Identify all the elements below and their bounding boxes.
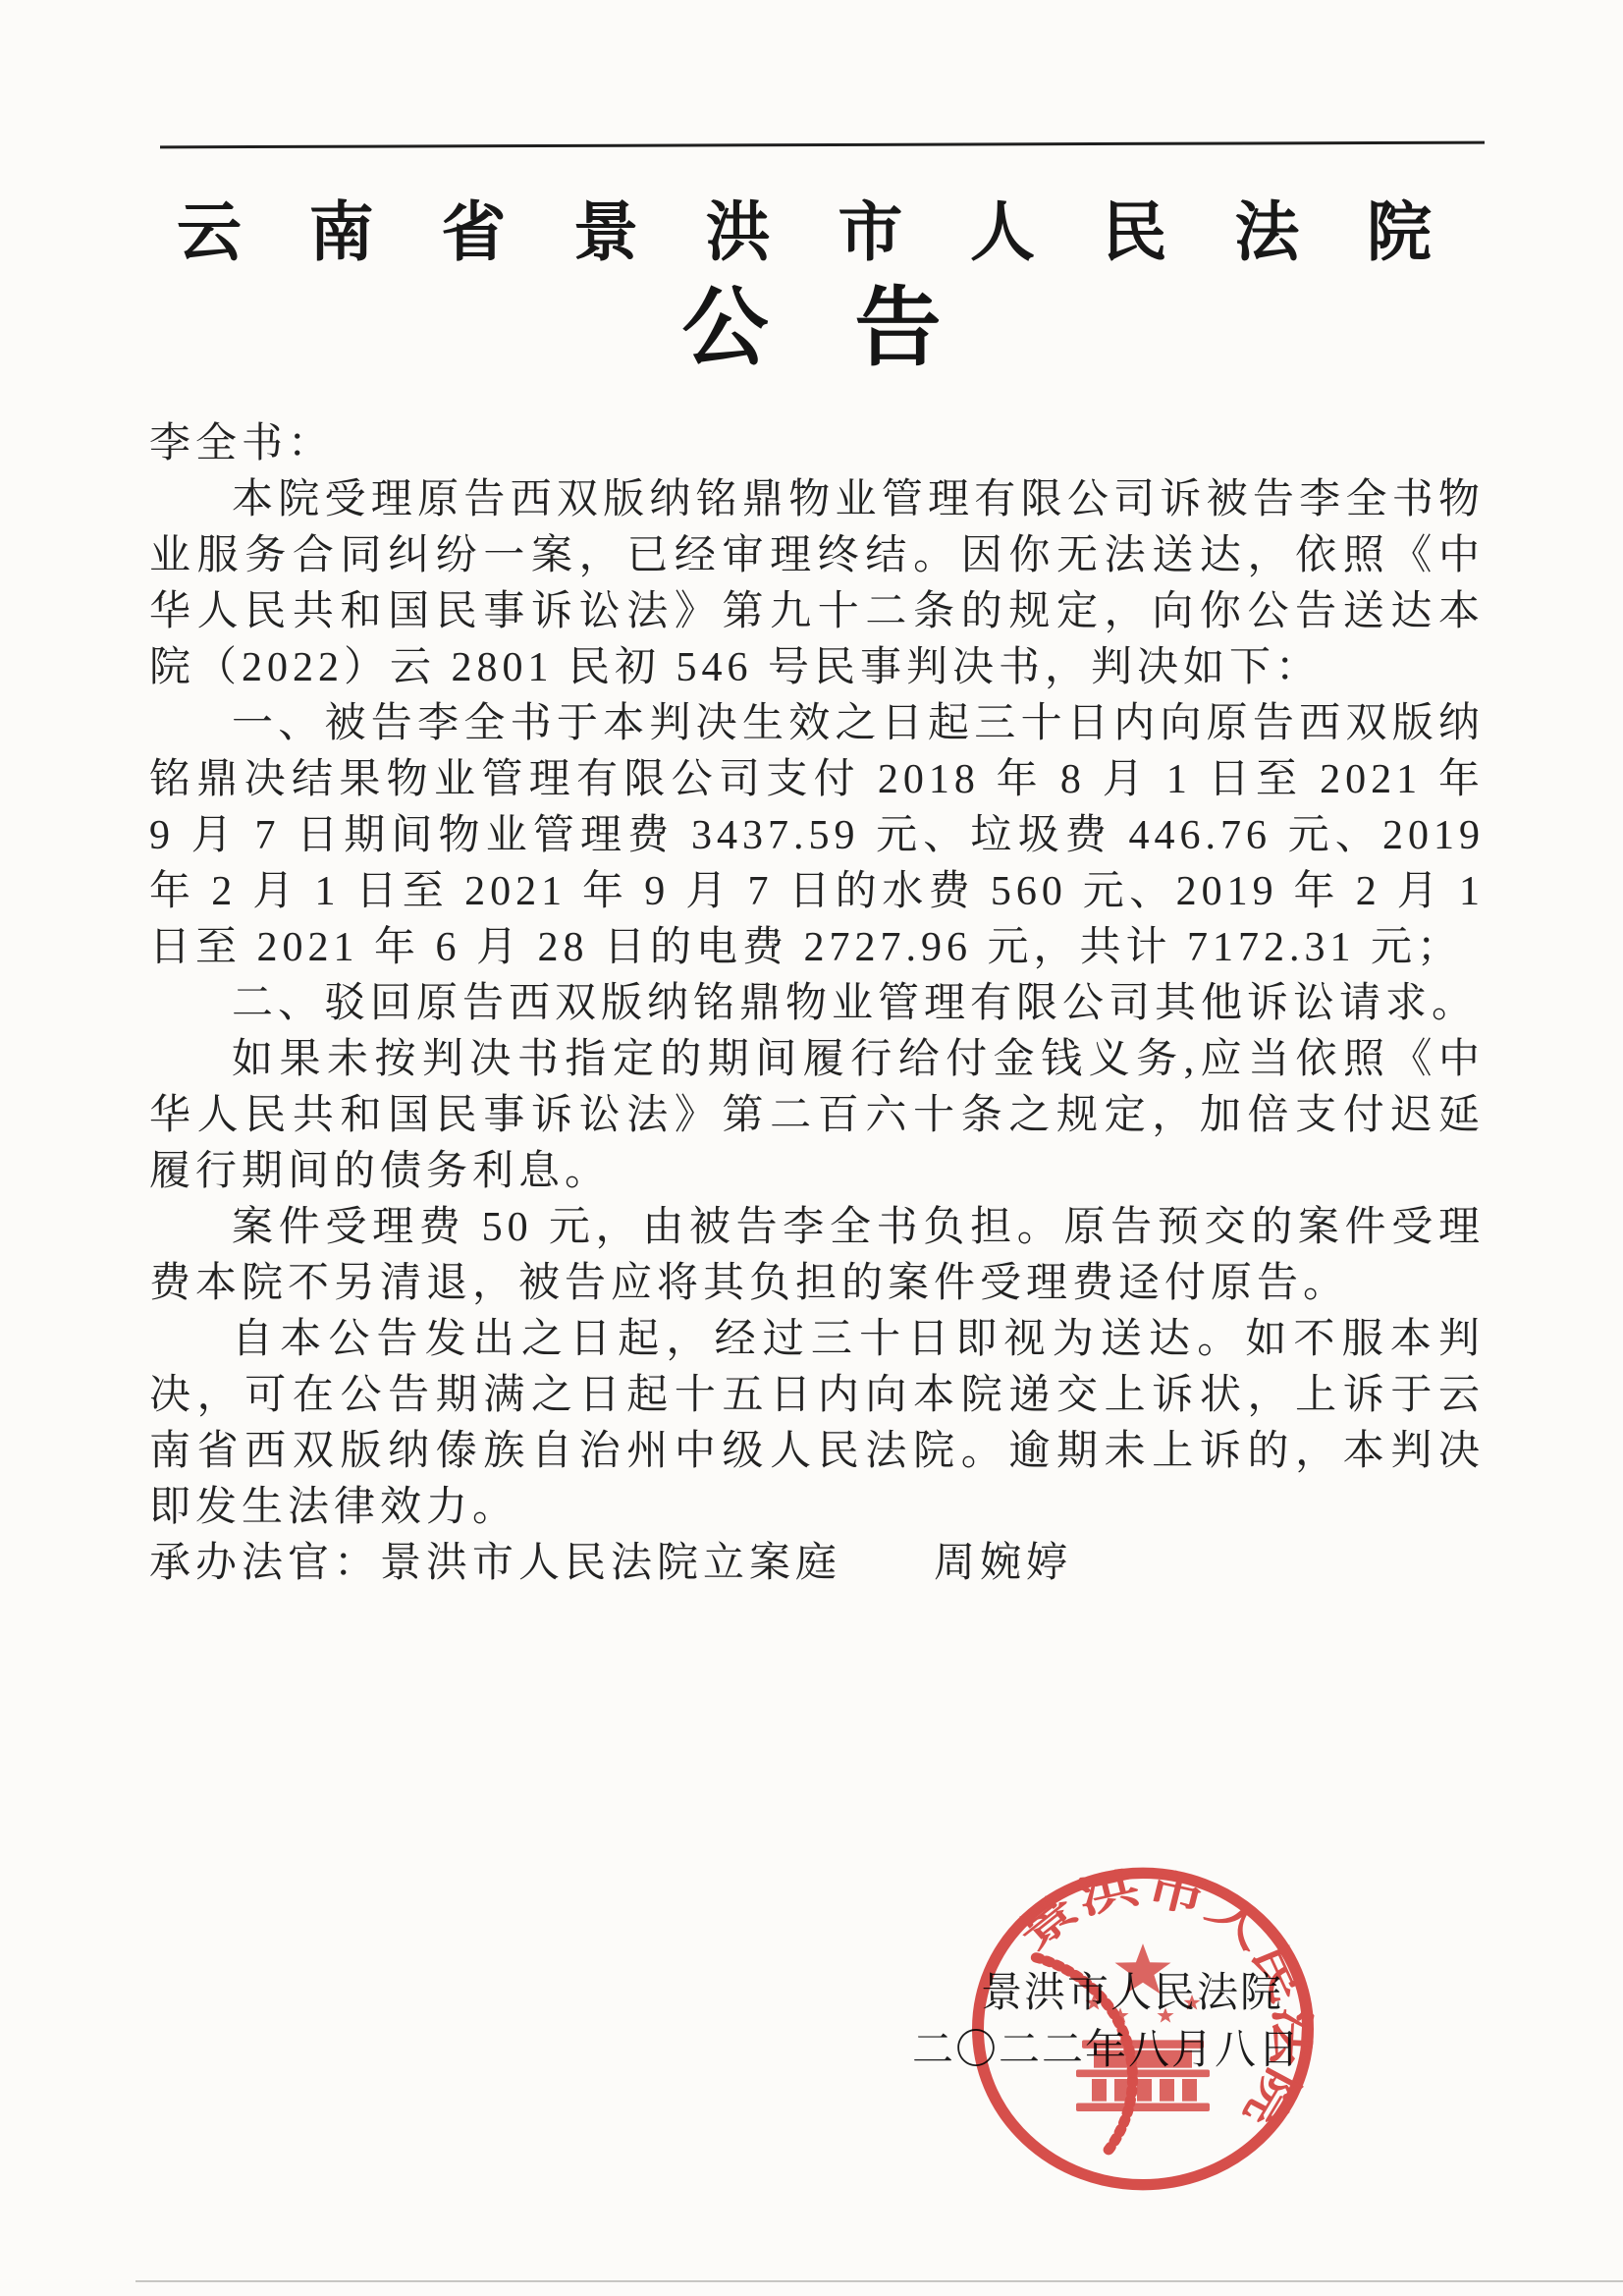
header-rule — [160, 141, 1485, 149]
small-star-icon — [1157, 2007, 1173, 2022]
body-paragraph-2: 一、被告李全书于本判决生效之日起三十日内向原告西双版纳铭鼎决结果物业管理有限公司… — [149, 696, 1485, 976]
gate-icon — [1076, 2040, 1210, 2111]
big-star-icon — [1115, 1943, 1171, 1994]
addressee: 李全书： — [149, 416, 1485, 472]
small-star-icon — [1183, 1995, 1200, 2009]
body-paragraph-4: 如果未按判决书指定的期间履行给付金钱义务,应当依照《中华人民共和国民事诉讼法》第… — [149, 1032, 1485, 1200]
judge-line: 承办法官：景洪市人民法院立案庭 周婉婷 — [149, 1536, 1485, 1592]
body-paragraph-1: 本院受理原告西双版纳铭鼎物业管理有限公司诉被告李全书物业服务合同纠纷一案，已经审… — [149, 472, 1485, 696]
body-paragraph-5: 案件受理费 50 元，由被告李全书负担。原告预交的案件受理费本院不另清退，被告应… — [149, 1200, 1485, 1312]
national-emblem-icon — [1076, 1943, 1210, 2111]
bottom-scan-edge — [135, 2280, 1623, 2282]
body-paragraph-3: 二、驳回原告西双版纳铭鼎物业管理有限公司其他诉讼请求。 — [149, 976, 1485, 1032]
body-paragraph-6: 自本公告发出之日起，经过三十日即视为送达。如不服本判决，可在公告期满之日起十五日… — [149, 1312, 1485, 1536]
announcement-title: 公 告 — [0, 281, 1623, 379]
court-seal: 景洪市人民法院 — [966, 1862, 1320, 2196]
announcement-body: 李全书： 本院受理原告西双版纳铭鼎物业管理有限公司诉被告李全书物业服务合同纠纷一… — [149, 416, 1485, 1592]
document-page: 云南省景洪市人民法院 公 告 李全书： 本院受理原告西双版纳铭鼎物业管理有限公司… — [0, 0, 1623, 2296]
court-name-title: 云南省景洪市人民法院 — [177, 194, 1432, 273]
